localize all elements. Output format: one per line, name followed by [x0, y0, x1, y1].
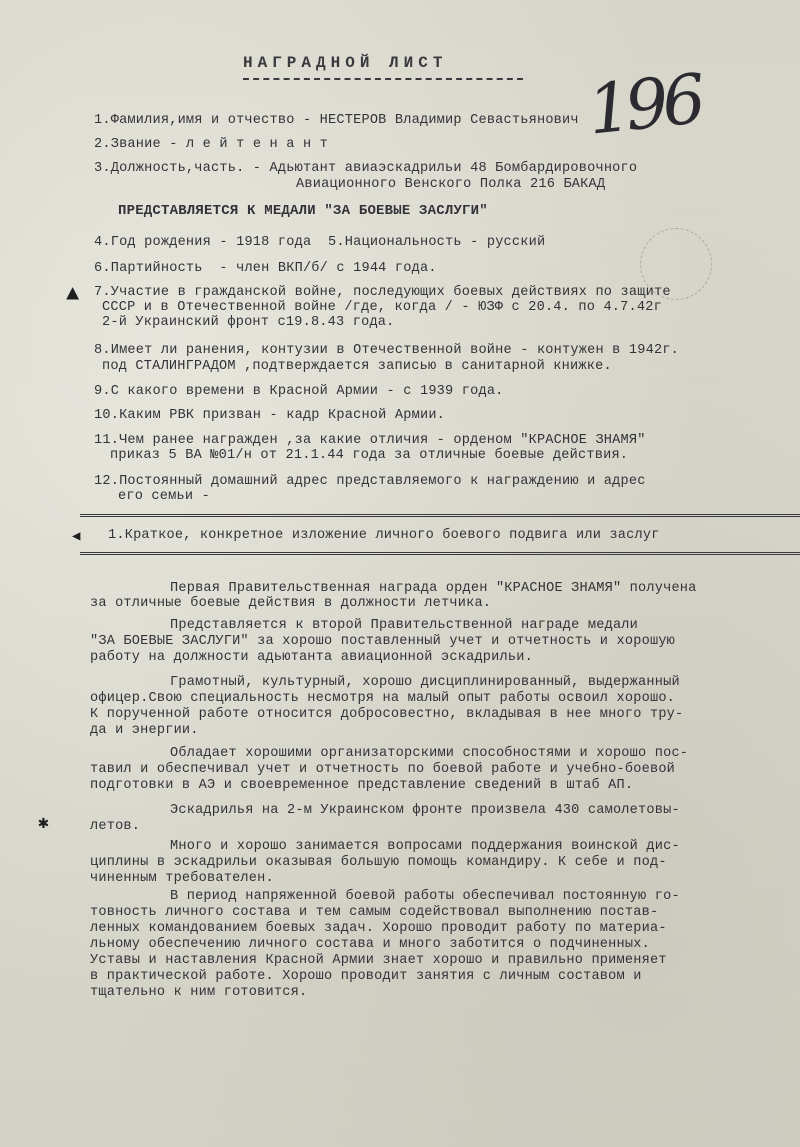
- field-position-label: 3.Должность,часть.: [94, 161, 244, 176]
- field-7-line-2: СССР и в Отечественной войне /где, когда…: [102, 300, 662, 315]
- section-rule-bottom: [80, 552, 800, 555]
- field-11-line-1: 11.Чем ранее награжден ,за какие отличия…: [94, 433, 646, 448]
- field-birth-nationality: 4.Год рождения - 1918 года 5.Национально…: [94, 235, 545, 250]
- field-birth-value: 1918 года: [236, 235, 311, 250]
- field-position-value: Адьютант авиаэскадрильи 48 Бомбардировоч…: [270, 161, 638, 176]
- field-7-line-1: 7.Участие в гражданской войне, последующ…: [94, 285, 671, 300]
- field-conscription-value: кадр Красной Армии.: [286, 408, 445, 423]
- field-service-label: 9.С какого времени в Красной Армии: [94, 384, 378, 399]
- field-12-line-2: его семьи -: [118, 489, 210, 504]
- narrative-2-line-2: "ЗА БОЕВЫЕ ЗАСЛУГИ" за хорошо поставленн…: [90, 634, 675, 649]
- field-name-label: 1.Фамилия,имя и отчество: [94, 113, 295, 128]
- award-sheet-page: НАГРАДНОЙ ЛИСТ 196 1.Фамилия,имя и отчес…: [0, 0, 800, 1147]
- narrative-2-line-1: Представляется к второй Правительственно…: [170, 618, 638, 633]
- narrative-4-line-2: тавил и обеспечивал учет и отчетность по…: [90, 762, 675, 777]
- field-name-value: НЕСТЕРОВ Владимир Севастьянович: [320, 113, 579, 128]
- field-8-line-1: 8.Имеет ли ранения, контузии в Отечестве…: [94, 343, 679, 358]
- field-11-line-2: приказ 5 ВА №01/н от 21.1.44 года за отл…: [110, 448, 628, 463]
- narrative-3-line-4: да и энергии.: [90, 723, 199, 738]
- narrative-4-line-1: Обладает хорошими организаторскими спосо…: [170, 746, 688, 761]
- presentation-line: ПРЕДСТАВЛЯЕТСЯ К МЕДАЛИ "ЗА БОЕВЫЕ ЗАСЛУ…: [118, 203, 488, 219]
- title-underline: [243, 78, 523, 80]
- narrative-3-line-2: офицер.Свою специальность несмотря на ма…: [90, 691, 675, 706]
- narrative-1-line-1: Первая Правительственная награда орден "…: [170, 581, 697, 596]
- field-8-line-2: под СТАЛИНГРАДОМ ,подтверждается записью…: [102, 359, 612, 374]
- narrative-5-line-2: летов.: [90, 819, 140, 834]
- field-name: 1.Фамилия,имя и отчество - НЕСТЕРОВ Влад…: [94, 113, 579, 128]
- narrative-6-line-3: чиненным требователен.: [90, 871, 274, 886]
- narrative-7-line-4: льному обеспечению личного состава и мно…: [90, 937, 650, 952]
- document-title: НАГРАДНОЙ ЛИСТ: [243, 54, 447, 72]
- margin-mark: ◀: [72, 528, 80, 545]
- field-service-value: с 1939 года.: [403, 384, 503, 399]
- narrative-4-line-3: подготовки в АЭ и своевременное представ…: [90, 778, 633, 793]
- field-12-line-1: 12.Постоянный домашний адрес представляе…: [94, 474, 646, 489]
- narrative-5-line-1: Эскадрилья на 2-м Украинском фронте прои…: [170, 803, 680, 818]
- narrative-3-line-3: К порученной работе относится добросовес…: [90, 707, 683, 722]
- field-nationality-value: русский: [487, 235, 546, 250]
- narrative-7-line-3: ленных командованием боевых задач. Хорош…: [90, 921, 667, 936]
- margin-mark: ✱: [38, 812, 49, 834]
- field-rank-label: 2.Звание: [94, 137, 161, 152]
- section-rule-top: [80, 514, 800, 517]
- field-position: 3.Должность,часть. - Адьютант авиаэскадр…: [94, 161, 637, 176]
- field-conscription-label: 10.Каким РВК призван: [94, 408, 261, 423]
- narrative-3-line-1: Грамотный, культурный, хорошо дисциплини…: [170, 675, 680, 690]
- narrative-7-line-7: тщательно к ним готовится.: [90, 985, 307, 1000]
- narrative-7-line-5: Уставы и наставления Красной Армии знает…: [90, 953, 667, 968]
- field-service-since: 9.С какого времени в Красной Армии - с 1…: [94, 384, 504, 399]
- section-heading: 1.Краткое, конкретное изложение личного …: [108, 528, 660, 543]
- margin-mark: ▲: [66, 282, 79, 307]
- narrative-1-line-2: за отличные боевые действия в должности …: [90, 596, 491, 611]
- field-nationality-label: 5.Национальность: [328, 235, 462, 250]
- field-rank: 2.Звание - л е й т е н а н т: [94, 137, 328, 152]
- narrative-6-line-1: Много и хорошо занимается вопросами подд…: [170, 839, 680, 854]
- narrative-7-line-1: В период напряженной боевой работы обесп…: [170, 889, 680, 904]
- field-party-label: 6.Партийность: [94, 261, 203, 276]
- field-birth-label: 4.Год рождения: [94, 235, 211, 250]
- field-conscription: 10.Каким РВК призван - кадр Красной Арми…: [94, 408, 445, 423]
- field-rank-value: л е й т е н а н т: [186, 137, 328, 152]
- field-party: 6.Партийность - член ВКП/б/ с 1944 года.: [94, 261, 437, 276]
- field-7-line-3: 2-й Украинский фронт с19.8.43 года.: [102, 315, 395, 330]
- narrative-6-line-2: циплины в эскадрильи оказывая большую по…: [90, 855, 667, 870]
- field-position-cont: Авиационного Венского Полка 216 БАКАД: [296, 177, 605, 192]
- handwritten-number: 196: [584, 60, 703, 150]
- field-party-value: член ВКП/б/ с 1944 года.: [236, 261, 437, 276]
- narrative-2-line-3: работу на должности адьютанта авиационно…: [90, 650, 533, 665]
- narrative-7-line-2: товность личного состава и тем самым сод…: [90, 905, 658, 920]
- narrative-7-line-6: в практической работе. Хорошо проводит з…: [90, 969, 642, 984]
